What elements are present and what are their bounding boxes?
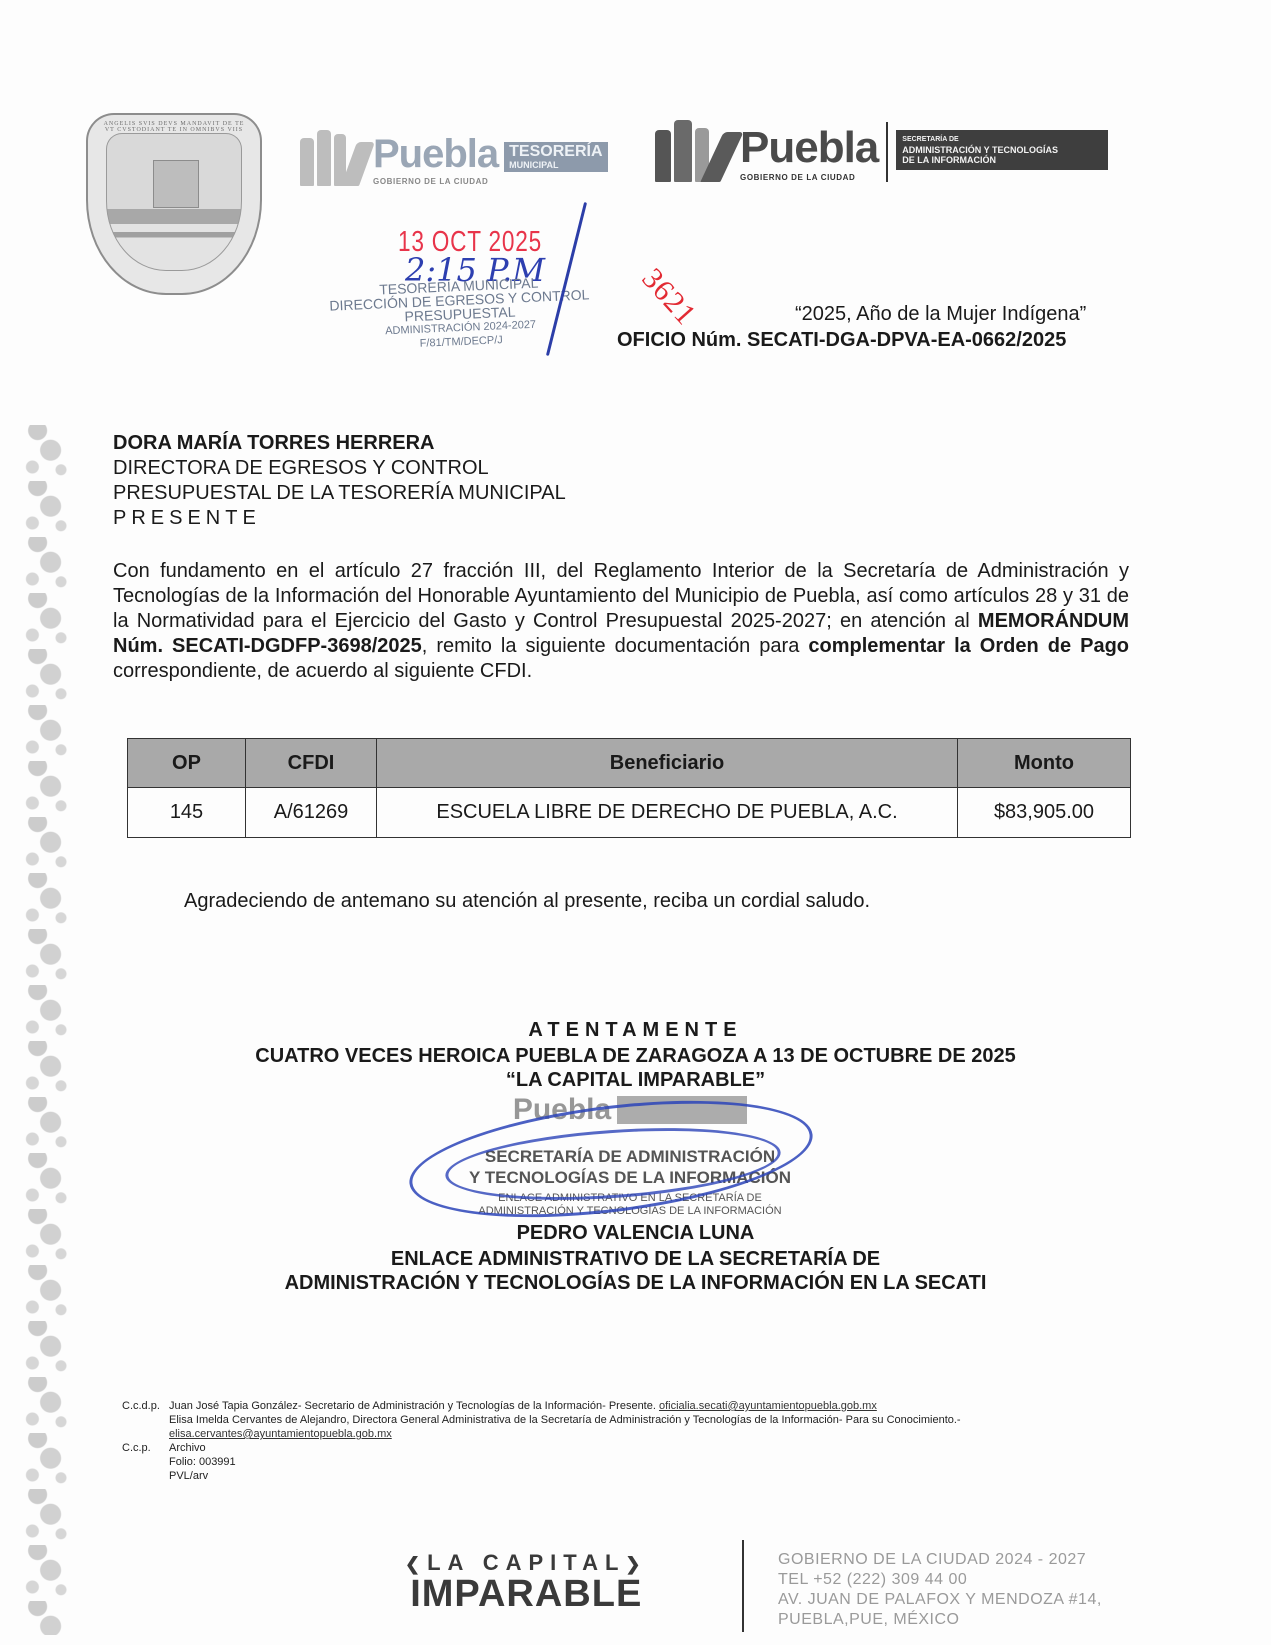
ccdp-recipient1: Juan José Tapia González- Secretario de …: [169, 1400, 656, 1412]
tesoreria-box-subtitle: MUNICIPAL: [509, 160, 602, 170]
ccdp-email2-link[interactable]: elisa.cervantes@ayuntamientopuebla.gob.m…: [169, 1427, 961, 1441]
year-motto: “2025, Año de la Mujer Indígena”: [795, 303, 1086, 326]
gobierno-subtitle: GOBIERNO DE LA CIUDAD: [373, 177, 498, 186]
secati-logo: Puebla GOBIERNO DE LA CIUDAD SECRETARÍA …: [655, 120, 1108, 182]
body-part2: , remito la siguiente documentación para: [422, 635, 809, 657]
signer-title-line1: ENLACE ADMINISTRATIVO DE LA SECRETARÍA D…: [0, 1248, 1271, 1271]
footer-logo-line2: IMPARABLE: [405, 1576, 648, 1612]
secati-box-line1: SECRETARÍA DE: [902, 135, 1102, 145]
body-part3: correspondiente, de acuerdo al siguiente…: [113, 660, 532, 682]
tesoreria-logo: Puebla GOBIERNO DE LA CIUDAD TESORERÍA M…: [300, 130, 608, 186]
puebla-wordmark: Puebla: [373, 132, 498, 177]
oficio-number: OFICIO Núm. SECATI-DGA-DPVA-EA-0662/2025: [617, 329, 1066, 352]
carbon-copy-block: C.c.d.p. Juan José Tapia González- Secre…: [122, 1399, 961, 1483]
logo-divider: [886, 122, 888, 182]
addressee-name: DORA MARÍA TORRES HERRERA: [113, 431, 566, 456]
closing-greeting: Agradeciendo de antemano su atención al …: [184, 890, 870, 913]
footer-address-line2: TEL +52 (222) 309 44 00: [778, 1570, 1102, 1590]
header-beneficiario: Beneficiario: [377, 739, 958, 788]
city-date-line: CUATRO VECES HEROICA PUEBLA DE ZARAGOZA …: [0, 1045, 1271, 1068]
header-monto: Monto: [958, 739, 1131, 788]
wing-right-icon: ❯: [625, 1554, 647, 1574]
table-row: 145 A/61269 ESCUELA LIBRE DE DERECHO DE …: [128, 788, 1131, 838]
addressee-title-line2: PRESUPUESTAL DE LA TESORERÍA MUNICIPAL: [113, 481, 566, 506]
footer-logo-line1: LA CAPITAL: [427, 1550, 625, 1575]
addressee-title-line1: DIRECTORA DE EGRESOS Y CONTROL: [113, 456, 566, 481]
cell-op: 145: [128, 788, 246, 838]
cell-monto: $83,905.00: [958, 788, 1131, 838]
header-op: OP: [128, 739, 246, 788]
table-header-row: OP CFDI Beneficiario Monto: [128, 739, 1131, 788]
puebla-wordmark: Puebla: [740, 123, 878, 173]
ccdp-recipient2: Elisa Imelda Cervantes de Alejandro, Dir…: [169, 1413, 961, 1427]
footer-address: GOBIERNO DE LA CIUDAD 2024 - 2027 TEL +5…: [778, 1550, 1102, 1630]
signer-name: PEDRO VALENCIA LUNA: [0, 1222, 1271, 1245]
wing-left-icon: ❮: [405, 1554, 427, 1574]
puebla-emblem-icon: [655, 120, 732, 182]
cell-cfdi: A/61269: [246, 788, 377, 838]
signer-title-line2: ADMINISTRACIÓN Y TECNOLOGÍAS DE LA INFOR…: [0, 1272, 1271, 1295]
secati-box-line3: DE LA INFORMACIÓN: [902, 155, 1102, 165]
cell-beneficiario: ESCUELA LIBRE DE DERECHO DE PUEBLA, A.C.: [377, 788, 958, 838]
tesoreria-box-title: TESORERÍA: [509, 143, 602, 160]
ccp-folio: Folio: 003991: [169, 1455, 961, 1469]
footer-address-line3: AV. JUAN DE PALAFOX Y MENDOZA #14,: [778, 1590, 1102, 1610]
seal-shield-icon: [106, 133, 242, 271]
footer-divider: [742, 1540, 744, 1632]
addressee-greeting: PRESENTE: [113, 506, 566, 531]
castle-icon: [153, 160, 199, 208]
tesoreria-box: TESORERÍA MUNICIPAL: [504, 142, 607, 172]
ccdp-label: C.c.d.p.: [122, 1399, 169, 1413]
gobierno-subtitle: GOBIERNO DE LA CIUDAD: [740, 173, 878, 182]
ccp-initials: PVL/arv: [169, 1469, 961, 1483]
ccp-archivo: Archivo: [169, 1441, 206, 1455]
ccp-label: C.c.p.: [122, 1441, 169, 1455]
body-paragraph: Con fundamento en el artículo 27 fracció…: [113, 559, 1129, 684]
ccdp-email1-link[interactable]: oficialia.secati@ayuntamientopuebla.gob.…: [659, 1400, 877, 1412]
addressee-block: DORA MARÍA TORRES HERRERA DIRECTORA DE E…: [113, 431, 566, 531]
secati-box-line2: ADMINISTRACIÓN Y TECNOLOGÍAS: [902, 145, 1102, 155]
payment-purpose: complementar la Orden de Pago: [808, 635, 1129, 657]
body-part1: Con fundamento en el artículo 27 fracció…: [113, 560, 1129, 632]
secati-box: SECRETARÍA DE ADMINISTRACIÓN Y TECNOLOGÍ…: [896, 130, 1108, 170]
city-seal-logo: ANGELIS SVIS DEVS MANDAVIT DE TE VT CVST…: [86, 113, 262, 295]
atentamente-heading: ATENTAMENTE: [0, 1019, 1271, 1042]
puebla-emblem-icon: [300, 130, 367, 186]
handwritten-folio: 3621: [635, 262, 703, 332]
footer-address-line4: PUEBLA,PUE, MÉXICO: [778, 1610, 1102, 1630]
capital-imparable-logo: ❮LA CAPITAL❯ IMPARABLE: [405, 1550, 648, 1612]
cfdi-table: OP CFDI Beneficiario Monto 145 A/61269 E…: [127, 738, 1131, 838]
footer-address-line1: GOBIERNO DE LA CIUDAD 2024 - 2027: [778, 1550, 1102, 1570]
header-cfdi: CFDI: [246, 739, 377, 788]
